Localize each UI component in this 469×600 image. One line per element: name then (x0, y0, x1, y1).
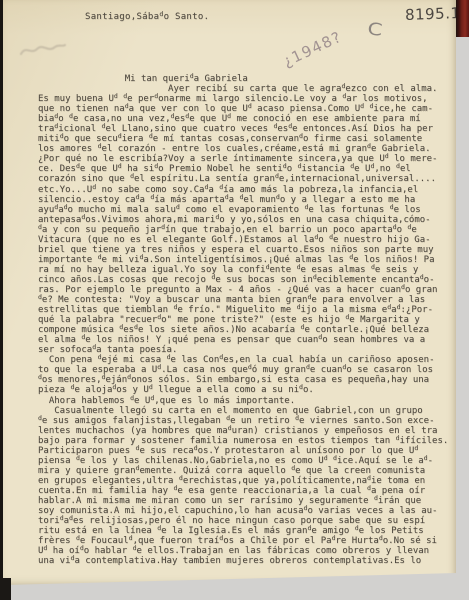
letter-line: ra mí no hay belleza igual.Yo soy la con… (38, 265, 462, 275)
letter-line: ras. Por ejemplo le pregunto a Max - 4 a… (38, 285, 462, 295)
letter-line: da y con su pequeño jardín que trabajo,e… (38, 225, 462, 235)
letter-line: el alma de los niños! Y ¡qué pena es pen… (38, 335, 462, 345)
letter-line: pieza de alojados y Ud llegue a ella com… (38, 385, 462, 395)
letter-line: ritu está en la línea de la Iglesia.Es e… (38, 526, 462, 536)
letter-line: tradicional del Llano,sino que cuatro ve… (38, 124, 462, 134)
letter-line: soy comunista.A mi hijo,el capuchino,lo … (38, 506, 462, 516)
scanner-edge-bottom-left (0, 578, 11, 600)
letter-line: corazón sino que del espíritu.La sentía … (38, 174, 462, 184)
letter-line: los amores del corazón - entre los cuale… (38, 144, 462, 154)
pencil-c-mark: C (367, 19, 384, 40)
letter-line: cuenta.En mi familia hay de esa gente re… (38, 486, 462, 496)
letter-line: ce. Desde que Ud ha sido Premio Nobel he… (38, 164, 462, 174)
letter-line: frères de Foucauld,que fueron traídos a … (38, 536, 462, 546)
letter-line: de sus amigos falanjistas,llegaban de un… (38, 416, 462, 426)
book-spine-corner (455, 0, 469, 37)
letter-line: en grupos elegantes,ultra derechistas,qu… (38, 476, 462, 486)
letter-line: Mi tan querida Gabriela (38, 74, 462, 84)
letter-line: estrellitas que tiemblan de frío." Migue… (38, 305, 462, 315)
letter-line: importante de mi vida.Son inteligentísim… (38, 255, 462, 265)
letter-body: Mi tan querida Gabriela Ayer recibí su c… (38, 74, 462, 566)
pencil-year-annotation: ¿1948? (280, 28, 345, 71)
letter-line: silencio..estoy cada día más apartada de… (38, 195, 462, 205)
letter-line: Vitacura (que no es el elegante Golf.)Es… (38, 235, 462, 245)
letter-line: etc.Yo...Ud no sabe como soy.Cada día am… (38, 185, 462, 195)
letter-line: Participaron pues de sus recados.Y prote… (38, 446, 462, 456)
letter-page: Santiago,Sábado Santo. 8195.1 C ¿1948? M… (3, 0, 456, 586)
letter-line: una vida contemplativa.Hay tambien mujer… (38, 556, 462, 566)
letter-line: compone música desde los siete años.)No … (38, 325, 462, 335)
letter-line: Ahora hablemos de Ud,que es lo más impor… (38, 396, 462, 406)
letter-line: qué la palabra "recuerdo" me pone triste… (38, 315, 462, 325)
scanner-edge-left (0, 0, 3, 600)
letter-line: Casualmente llegó su carta en el momento… (38, 406, 462, 416)
letter-line: toridades relijiosas,pero él no hace nin… (38, 516, 462, 526)
letter-line: ayudado mucho mi mala salud como el evap… (38, 205, 462, 215)
faint-pencil-scribble-icon (18, 41, 68, 59)
letter-line: Ayer recibí su carta que le agradezco co… (38, 84, 462, 94)
letter-line: cinco años.Las cosas que recojo de sus b… (38, 275, 462, 285)
letter-line: Ud ha oído hablar de ellos.Trabajan en l… (38, 546, 462, 556)
letter-line: mira y quiere grandemente. Quizá corra a… (38, 466, 462, 476)
letter-line: piensa de los y las chilenas.No,Gabriela… (38, 456, 462, 466)
letter-line: bajo para formar y sostener familia nume… (38, 436, 462, 446)
archive-number-annotation: 8195.1 (405, 4, 461, 24)
letter-line: antepasados.Vivimos ahora,mi marido y yo… (38, 215, 462, 225)
letter-line: dos menores,dejándonos sólos. Sin embarg… (38, 375, 462, 385)
dateline: Santiago,Sábado Santo. (85, 12, 209, 22)
letter-line: hablar.A mi misma me miran como un ser r… (38, 496, 462, 506)
letter-line: que no tienen nada que ver con lo que Ud… (38, 104, 462, 114)
